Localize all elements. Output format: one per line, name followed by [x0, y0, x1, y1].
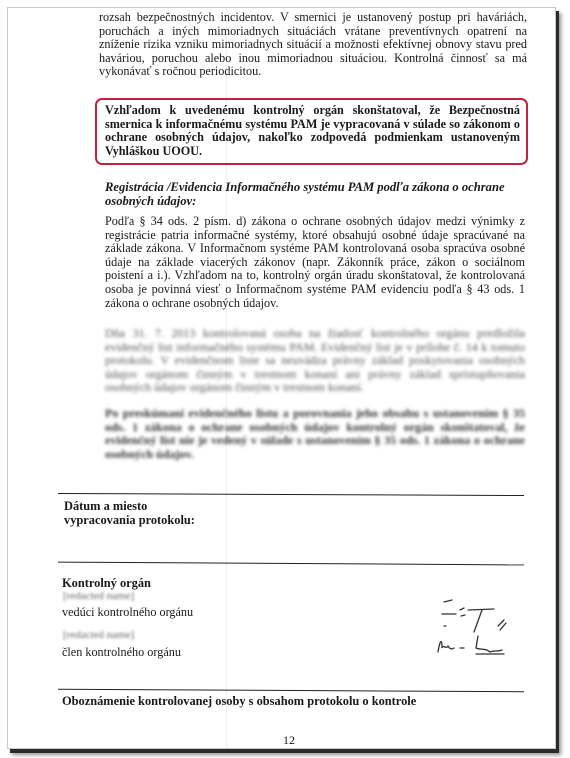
registration-paragraph-container: Podľa § 34 ods. 2 písm. d) zákona o ochr… [105, 215, 525, 310]
top-paragraph-container: rozsah bezpečnostných incidentov. V smer… [99, 11, 527, 79]
highlighted-conclusion: Vzhľadom k uvedenému kontrolný orgán sko… [95, 98, 528, 165]
redacted-paragraph-1: Dňa 31. 7. 2013 kontrolovaná osoba na ži… [105, 327, 525, 395]
paragraph-registration: Podľa § 34 ods. 2 písm. d) zákona o ochr… [105, 215, 525, 310]
acknowledgement-label: Oboznámenie kontrolovanej osoby s obsaho… [62, 694, 416, 708]
section-heading-registration: Registrácia /Evidencia Informačného syst… [105, 181, 525, 208]
date-place-label: Dátum a miesto vypracovania protokolu: [64, 499, 214, 527]
handwritten-signature-icon [432, 590, 522, 660]
member-name-redacted: [redacted name] [63, 629, 134, 641]
paragraph-security-incidents: rozsah bezpečnostných incidentov. V smer… [99, 11, 527, 79]
page-number: 12 [283, 733, 295, 748]
control-body-title: Kontrolný orgán [62, 576, 151, 590]
member-name-redacted: [redacted name] [63, 590, 134, 602]
member-role: vedúci kontrolného orgánu [62, 605, 193, 620]
date-place-label-text: Dátum a miesto vypracovania protokolu: [64, 499, 214, 527]
redacted-paragraph-2: Po preskúmaní evidenčného listu a porovn… [105, 407, 525, 461]
member-role: člen kontrolného orgánu [62, 645, 181, 660]
